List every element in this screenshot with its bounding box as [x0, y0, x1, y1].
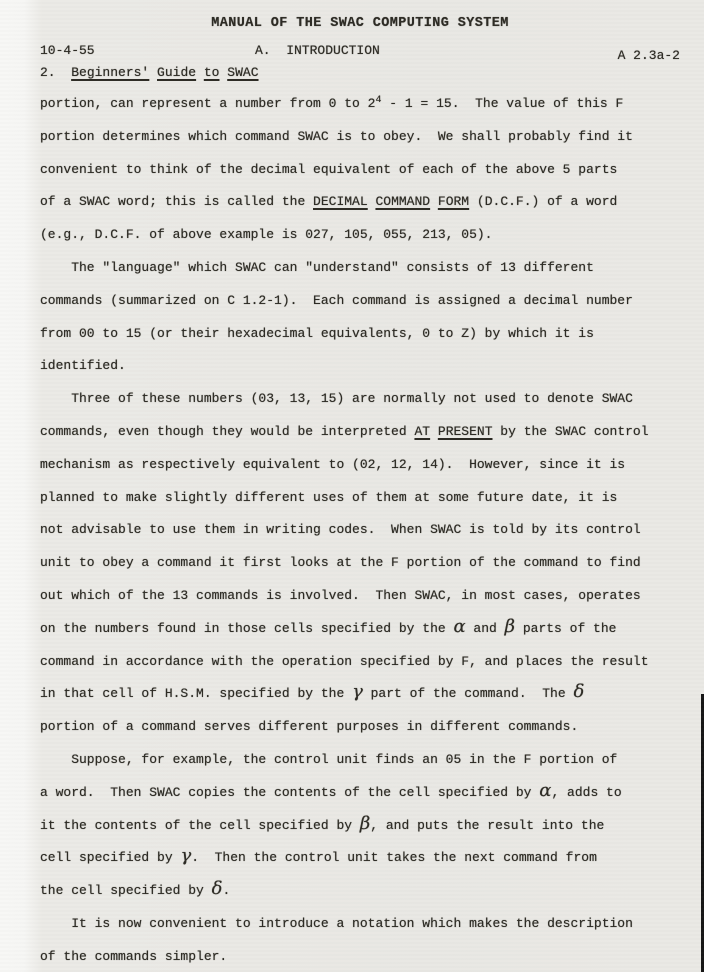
greek-letter: β [360, 813, 370, 834]
text-run [196, 65, 204, 80]
text-line: not advisable to use them in writing cod… [40, 514, 680, 547]
text-run: command in accordance with the operation… [40, 654, 649, 669]
text-line: in that cell of H.S.M. specified by the … [40, 678, 680, 711]
text-run: Three of these numbers (03, 13, 15) are … [40, 391, 633, 406]
text-line: identified. [40, 350, 680, 383]
paragraph: portion, can represent a number from 0 t… [40, 88, 680, 252]
text-line: command in accordance with the operation… [40, 646, 680, 679]
greek-letter: δ [573, 681, 584, 702]
greek-letter: α [539, 780, 551, 801]
text-line: (e.g., D.C.F. of above example is 027, 1… [40, 219, 680, 252]
text-run: in that cell of H.S.M. specified by the [40, 686, 352, 701]
underlined-text: AT [414, 424, 430, 439]
text-line: commands, even though they would be inte… [40, 416, 680, 449]
text-line: out which of the 13 commands is involved… [40, 580, 680, 613]
text-run: portion of a command serves different pu… [40, 719, 578, 734]
text-run: 2. [40, 65, 71, 80]
text-line: planned to make slightly different uses … [40, 482, 680, 515]
text-run: identified. [40, 358, 126, 373]
text-line: portion of a command serves different pu… [40, 711, 680, 744]
text-line: cell specified by γ. Then the control un… [40, 842, 680, 875]
text-run: . Then the control unit takes the next c… [191, 850, 597, 865]
text-line: portion determines which command SWAC is… [40, 121, 680, 154]
text-line: mechanism as respectively equivalent to … [40, 449, 680, 482]
document-title: MANUAL OF THE SWAC COMPUTING SYSTEM [40, 14, 680, 34]
text-run: of the commands simpler. [40, 949, 227, 964]
text-line: unit to obey a command it first looks at… [40, 547, 680, 580]
text-run: from 00 to 15 (or their hexadecimal equi… [40, 326, 594, 341]
paragraph: Three of these numbers (03, 13, 15) are … [40, 383, 680, 744]
text-run: unit to obey a command it first looks at… [40, 555, 641, 570]
underlined-text: COMMAND [375, 194, 430, 209]
paragraph: It is now convenient to introduce a nota… [40, 908, 680, 972]
text-run: out which of the 13 commands is involved… [40, 588, 641, 603]
text-run: not advisable to use them in writing cod… [40, 522, 641, 537]
underlined-text: Beginners' [71, 65, 149, 80]
paragraph: The "language" which SWAC can "understan… [40, 252, 680, 383]
text-run: and [466, 621, 505, 636]
date-stamp: 10-4-55 [40, 43, 95, 58]
greek-letter: δ [212, 878, 223, 899]
text-line: It is now convenient to introduce a nota… [40, 908, 680, 941]
text-run: convenient to think of the decimal equiv… [40, 162, 617, 177]
text-line: commands (summarized on C 1.2-1). Each c… [40, 285, 680, 318]
text-line: The "language" which SWAC can "understan… [40, 252, 680, 285]
underlined-text: to [204, 65, 220, 80]
text-line: a word. Then SWAC copies the contents of… [40, 777, 680, 810]
text-run: portion determines which command SWAC is… [40, 129, 633, 144]
text-run [430, 194, 438, 209]
greek-letter: α [453, 616, 465, 637]
text-line: it the contents of the cell specified by… [40, 810, 680, 843]
text-run: commands, even though they would be inte… [40, 424, 414, 439]
scanned-page: MANUAL OF THE SWAC COMPUTING SYSTEM 10-4… [0, 0, 704, 972]
body-text: portion, can represent a number from 0 t… [40, 88, 680, 972]
underlined-text: DECIMAL [313, 194, 368, 209]
text-line: from 00 to 15 (or their hexadecimal equi… [40, 318, 680, 351]
section-heading: A. INTRODUCTION [255, 43, 380, 58]
page-content: MANUAL OF THE SWAC COMPUTING SYSTEM 10-4… [40, 14, 680, 972]
underlined-text: PRESENT [438, 424, 493, 439]
text-run: on the numbers found in those cells spec… [40, 621, 453, 636]
text-run: The "language" which SWAC can "understan… [40, 260, 594, 275]
text-run [430, 424, 438, 439]
text-run: (e.g., D.C.F. of above example is 027, 1… [40, 227, 492, 242]
text-run: It is now convenient to introduce a nota… [40, 916, 633, 931]
text-line: portion, can represent a number from 0 t… [40, 88, 680, 121]
text-run: planned to make slightly different uses … [40, 490, 617, 505]
superscript-text: 4 [375, 95, 381, 106]
text-run: a word. Then SWAC copies the contents of… [40, 785, 539, 800]
text-line: of a SWAC word; this is called the DECIM… [40, 186, 680, 219]
text-run: parts of the [515, 621, 616, 636]
text-run: cell specified by [40, 850, 180, 865]
text-run: by the SWAC control [493, 424, 649, 439]
text-line: of the commands simpler. [40, 941, 680, 972]
text-line: the cell specified by δ. [40, 875, 680, 908]
underlined-text: Guide [157, 65, 196, 80]
greek-letter: β [505, 616, 515, 637]
text-run: mechanism as respectively equivalent to … [40, 457, 625, 472]
text-run: . [222, 883, 230, 898]
subsection-heading: 2. Beginners' Guide to SWAC [40, 65, 680, 85]
text-line: Suppose, for example, the control unit f… [40, 744, 680, 777]
greek-letter: γ [352, 681, 363, 702]
page-reference: A 2.3a-2 [618, 48, 680, 63]
text-line: Three of these numbers (03, 13, 15) are … [40, 383, 680, 416]
underlined-text: SWAC [227, 65, 258, 80]
text-run: , adds to [551, 785, 621, 800]
text-run: Suppose, for example, the control unit f… [40, 752, 617, 767]
text-run: - 1 = 15. The value of this F [381, 96, 623, 111]
underlined-text: FORM [438, 194, 469, 209]
text-run: of a SWAC word; this is called the [40, 194, 313, 209]
text-line: convenient to think of the decimal equiv… [40, 154, 680, 187]
header-row: 10-4-55 A. INTRODUCTION A 2.3a-2 [40, 43, 680, 63]
text-line: on the numbers found in those cells spec… [40, 613, 680, 646]
paragraph: Suppose, for example, the control unit f… [40, 744, 680, 908]
text-run: commands (summarized on C 1.2-1). Each c… [40, 293, 633, 308]
text-run: part of the command. The [363, 686, 574, 701]
greek-letter: γ [180, 845, 191, 866]
text-run: , and puts the result into the [370, 818, 604, 833]
text-run: the cell specified by [40, 883, 212, 898]
text-run: (D.C.F.) of a word [469, 194, 617, 209]
text-run: portion, can represent a number from 0 t… [40, 96, 375, 111]
text-run: it the contents of the cell specified by [40, 818, 360, 833]
text-run [149, 65, 157, 80]
